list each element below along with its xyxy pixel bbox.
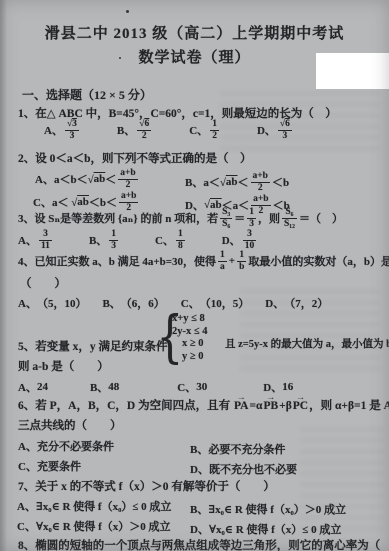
option-b: B、（6，6） <box>102 295 164 311</box>
option-b: B、√62 <box>117 119 153 142</box>
option-a: A、311 <box>18 229 54 252</box>
option-c: C、18 <box>155 229 187 252</box>
option-label: D、 <box>257 122 276 138</box>
question-5-options: A、24 B、48 C、30 D、16 <box>18 379 293 395</box>
constraint-system: x+y ≤ 8 2y-x ≤ 4 x ≥ 0 y ≥ 0 <box>172 313 208 363</box>
question-5-stem-post: 且 z=5y-x 的最大值为 a，最小值为 b， <box>225 336 389 351</box>
option-a: A、充分不必要条件 <box>18 438 114 454</box>
question-5-stem: 5、若变量 x，y 满足约束条件 <box>18 338 168 354</box>
option-a: A、（5，10） <box>18 295 86 311</box>
fraction: 311 <box>39 229 52 252</box>
constraint-line: x ≥ 0 <box>172 338 208 351</box>
question-3-stem: 3、设 Sₙ是等差数列 {aₙ} 的前 n 项和，若 S₃S₆ ＝ 13 ，则 … <box>18 207 343 230</box>
section-heading: 一、选择题（12 × 5 分） <box>22 86 152 103</box>
fraction: 18 <box>176 229 185 252</box>
ink-speck <box>126 10 129 13</box>
option-a: A、24 <box>18 379 48 395</box>
option-b: B、a＜√ab＜a+b2＜b <box>185 171 289 194</box>
constraint-line: y ≥ 0 <box>172 351 208 364</box>
option-a: A、∃x₀∈ R 使得 f（x₀）≤ 0 成立 <box>17 498 171 514</box>
vector-arrow-icon: → <box>296 393 305 401</box>
question-3-options: A、311 B、13 C、18 D、310 <box>18 229 258 252</box>
question-2-stem: 2、设 0＜a＜b，则下列不等式正确的是（ ） <box>18 150 252 166</box>
option-a: A、√33 <box>44 119 81 142</box>
scan-edge-shadow <box>0 0 7 551</box>
option-label: C、 <box>189 122 208 138</box>
question-6-options-row1: A、充分不必要条件 B、必要不充分条件 <box>18 438 114 454</box>
fraction: S₆S₁₂ <box>282 207 297 230</box>
question-7-options-row1: A、∃x₀∈ R 使得 f（x₀）≤ 0 成立 B、∃x₀∈ R 使得 f（x₀… <box>17 498 171 514</box>
vector-PA: →PA <box>234 400 248 412</box>
option-d: D、∀x₀∈ R 使得 f（x）≤ 0 成立 <box>190 521 341 537</box>
question-4-stem-line2: （ ） <box>20 275 66 291</box>
option-c: C、充要条件 <box>18 458 81 474</box>
question-6-stem: 6、若 P，A，B，C，D 为空间四点，且有 →PA=α→PB+β→PC，则 α… <box>18 397 389 413</box>
exam-paper-scan: 滑县二中 2013 级（高二）上学期期中考试 数学试卷（理） 一、选择题（12 … <box>0 0 389 551</box>
option-a: A、a＜b＜√ab＜a+b2 <box>35 168 140 191</box>
option-b: B、∃x₀∈ R 使得 f（x₀）＞0 成立 <box>190 501 346 517</box>
question-2-options-row1: A、a＜b＜√ab＜a+b2 B、a＜√ab＜a+b2＜b <box>35 168 140 192</box>
question-5-stem-line2: 则 a-b 是（ ） <box>18 358 109 374</box>
option-d: D、√63 <box>257 119 294 142</box>
fraction: 1a <box>218 250 227 273</box>
fraction: a+b2 <box>118 168 137 191</box>
fraction: 310 <box>243 229 257 252</box>
fraction: S₃S₆ <box>220 207 232 230</box>
question-6-options-row2: C、充要条件 D、既不充分也不必要 <box>18 458 81 474</box>
question-7-options-row2: C、∀x₀∈ R 使得 f（x）＞0 成立 D、∀x₀∈ R 使得 f（x）≤ … <box>17 518 171 534</box>
vector-PC: →PC <box>293 400 308 412</box>
option-c: C、（10，5） <box>181 295 249 311</box>
option-b: B、必要不充分条件 <box>190 441 285 457</box>
vector-arrow-icon: → <box>266 393 275 401</box>
fraction: √63 <box>278 119 292 142</box>
option-c: C、∀x₀∈ R 使得 f（x）＞0 成立 <box>17 518 171 534</box>
option-label: A、 <box>44 122 63 138</box>
constraint-line: x+y ≤ 8 <box>172 313 208 326</box>
fraction: 13 <box>109 229 118 252</box>
option-b: B、13 <box>89 229 120 252</box>
fraction: 12 <box>210 119 219 142</box>
option-d: D、310 <box>222 229 258 252</box>
blank-white-patch <box>316 53 389 89</box>
fraction: √33 <box>65 119 79 142</box>
vector-PB: →PB <box>263 400 278 412</box>
fraction: √62 <box>137 119 151 142</box>
constraint-line: 2y-x ≤ 4 <box>172 326 208 339</box>
option-d: D、（7，2） <box>265 295 328 311</box>
fraction: 1b <box>237 250 246 273</box>
question-4-stem: 4、已知正实数 a、b 满足 4a+b=30，使得 1a + 1b 取最小值的实… <box>18 250 389 273</box>
option-label: B、 <box>117 122 135 138</box>
fraction: a+b2 <box>251 171 270 194</box>
vector-arrow-icon: → <box>237 393 246 401</box>
option-b: B、48 <box>90 379 119 395</box>
page-title: 滑县二中 2013 级（高二）上学期期中考试 <box>0 22 389 43</box>
question-1-options: A、√33 B、√62 C、12 D、√63 <box>44 119 294 142</box>
option-c: C、12 <box>189 119 221 142</box>
option-c: C、30 <box>177 379 207 395</box>
fraction: 13 <box>247 207 256 230</box>
option-d: D、既不充分也不必要 <box>190 461 297 477</box>
question-7-stem: 7、关于 x 的不等式 f（x）＞0 有解等价于（ ） <box>18 478 275 494</box>
question-6-stem-line2: 三点共线的（ ） <box>18 417 122 433</box>
question-8-stem-partial: 8、椭圆的短轴的一个顶点与两焦点组成等边三角形，则它的离心率为（ ） <box>18 537 389 551</box>
